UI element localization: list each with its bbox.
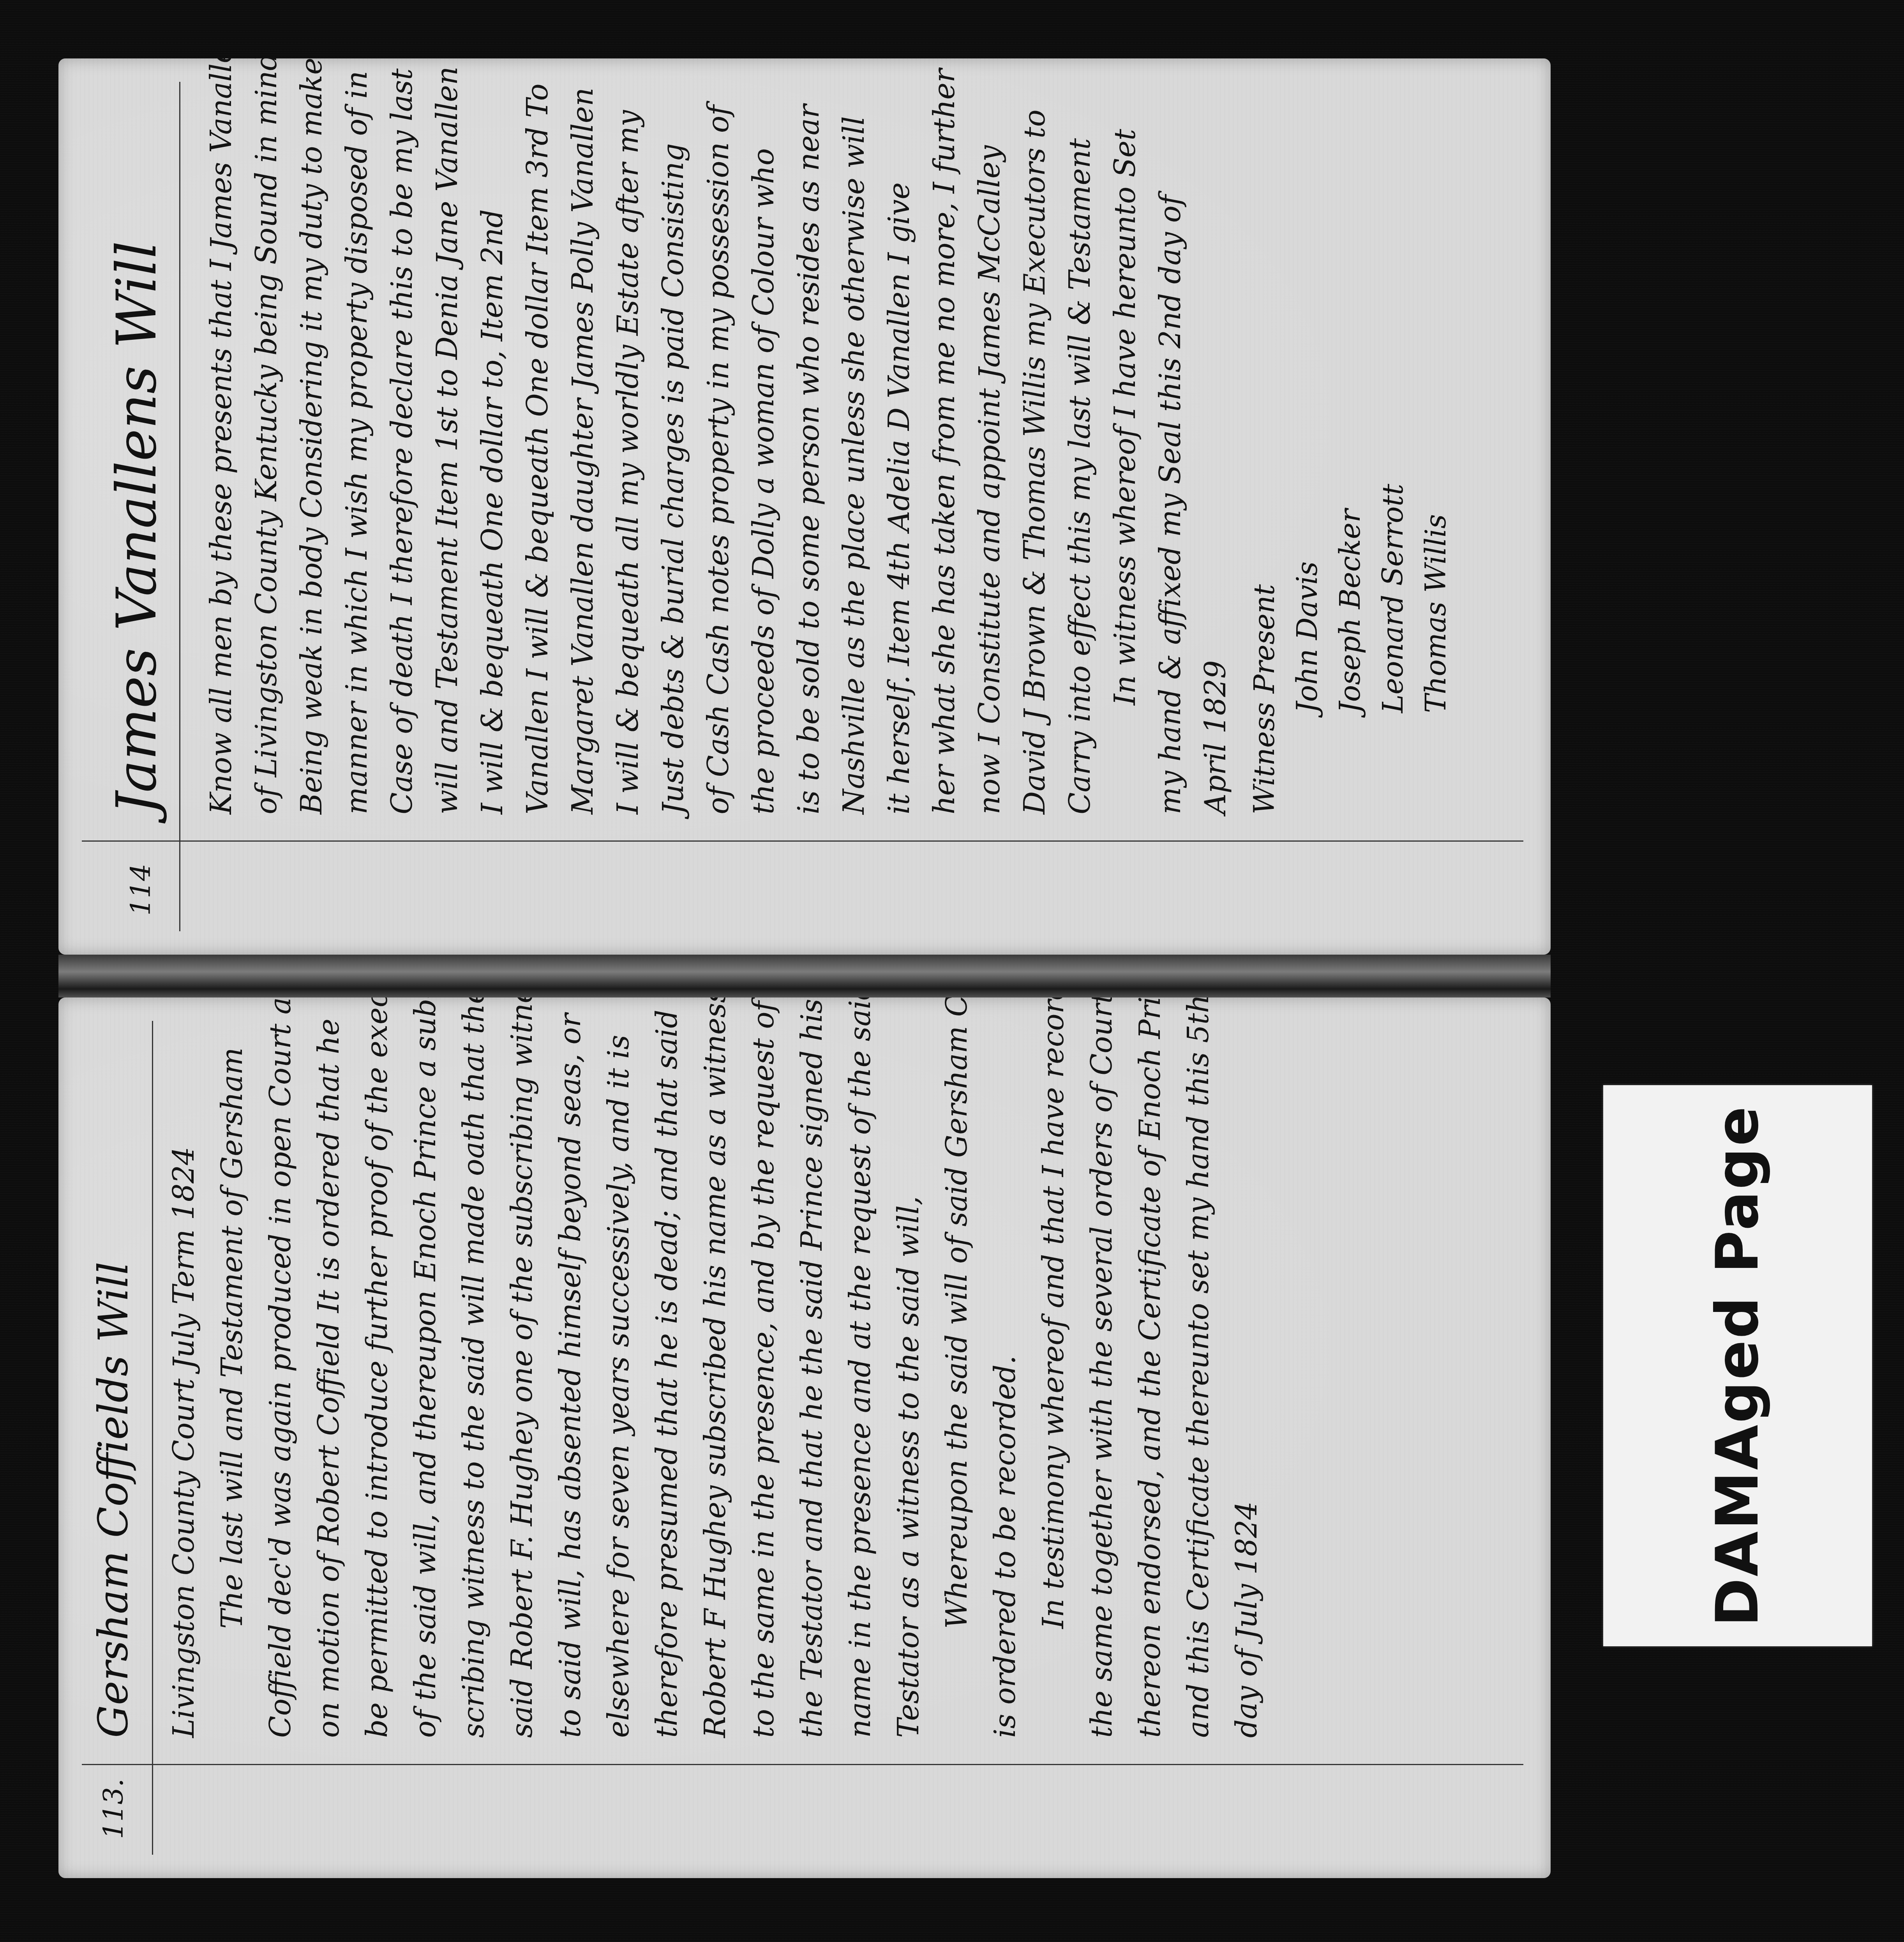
text-line: Livingston County Court July Term 1824 xyxy=(160,1044,208,1738)
text-line: thereon endorsed, and the Certificate of… xyxy=(1126,1044,1174,1738)
page-content: 113. Gersham Coffields Will Livingston C… xyxy=(82,1021,1523,1855)
text-line: of the said will, and thereupon Enoch Pr… xyxy=(401,1044,450,1738)
text-line: it herself. Item 4th Adelia D Vanallen I… xyxy=(877,105,922,814)
text-line: and this Certificate thereunto set my ha… xyxy=(1174,1044,1223,1738)
will-text: Know all men by these presents that I Ja… xyxy=(199,105,1238,814)
text-line: my hand & affixed my Seal this 2nd day o… xyxy=(1148,105,1193,814)
text-line: is ordered to be recorded. xyxy=(981,1044,1029,1738)
damaged-page-label: DAMAged Page xyxy=(1704,1105,1772,1627)
text-line: Testator as a witness to the said will, xyxy=(884,1044,933,1738)
header-rule xyxy=(179,82,180,931)
text-line: Know all men by these presents that I Ja… xyxy=(199,105,244,814)
margin-rule xyxy=(82,1764,1523,1765)
page-title: Gersham Coffields Will xyxy=(90,1262,137,1738)
text-line: In testimony whereof and that I have rec… xyxy=(1029,1044,1078,1738)
header-rule xyxy=(152,1021,153,1855)
text-line: will and Testament Item 1st to Denia Jan… xyxy=(425,105,470,814)
book-gutter xyxy=(58,955,1551,997)
witness-name: Joseph Becker xyxy=(1329,484,1371,814)
text-line: manner in which I wish my property dispo… xyxy=(334,105,379,814)
text-line: the Testator and that he the said Prince… xyxy=(788,1044,836,1738)
text-line: I will & bequeath all my worldly Estate … xyxy=(605,105,651,814)
text-line: Carry into effect this my last will & Te… xyxy=(1057,105,1103,814)
witness-name: Leonard Serrott xyxy=(1371,484,1414,814)
text-line: Just debts & burial charges is paid Cons… xyxy=(651,105,696,814)
witness-list: Witness Present John Davis Joseph Becker… xyxy=(1243,484,1457,814)
text-line: The last will and Testament of Gersham xyxy=(208,1044,256,1738)
text-line: Vanallen I will & bequeath One dollar It… xyxy=(515,105,560,814)
text-line: therefore presumed that he is dead; and … xyxy=(643,1044,691,1738)
text-line: name in the presence and at the request … xyxy=(836,1044,884,1738)
text-line: said Robert F. Hughey one of the subscri… xyxy=(498,1044,546,1738)
text-line: Nashville as the place unless she otherw… xyxy=(831,105,877,814)
text-line: David J Brown & Thomas Willis my Executo… xyxy=(1012,105,1057,814)
text-line: the same together with the several order… xyxy=(1078,1044,1126,1738)
text-line: scribing witness to the said will made o… xyxy=(450,1044,498,1738)
text-line: on motion of Robert Coffield It is order… xyxy=(305,1044,353,1738)
page-gersham-coffield-will: 113. Gersham Coffields Will Livingston C… xyxy=(58,997,1551,1878)
text-line: Margaret Vanallen daughter James Polly V… xyxy=(560,105,605,814)
witness-name: John Davis xyxy=(1286,484,1329,814)
text-line: to the same in the presence, and by the … xyxy=(739,1044,788,1738)
text-line: Being weak in body Considering it my dut… xyxy=(289,105,334,814)
page-title: James Vanallens Will xyxy=(105,241,169,814)
text-line: now I Constitute and appoint James McCal… xyxy=(967,105,1012,814)
text-line: Whereupon the said will of said Gersham … xyxy=(933,1044,981,1738)
text-line: I will & bequeath One dollar to, Item 2n… xyxy=(470,105,515,814)
text-line: to said will, has absented himself beyon… xyxy=(546,1044,595,1738)
text-line: the proceeds of Dolly a woman of Colour … xyxy=(741,105,786,814)
text-line: In witness whereof I have hereunto Set xyxy=(1103,105,1148,814)
text-line: is to be sold to some person who resides… xyxy=(786,105,831,814)
margin-rule xyxy=(82,840,1523,842)
witness-heading: Witness Present xyxy=(1243,484,1286,814)
page-james-vanallen-will: 114 James Vanallens Will Know all men by… xyxy=(58,58,1551,955)
probate-text: Livingston County Court July Term 1824 T… xyxy=(160,1044,1271,1738)
text-line: of Livingston County Kentucky being Soun… xyxy=(244,105,289,814)
text-line: Case of death I therefore declare this t… xyxy=(379,105,425,814)
page-number: 114 xyxy=(125,863,157,916)
text-line: be permitted to introduce further proof … xyxy=(353,1044,401,1738)
text-line: elsewhere for seven years successively, … xyxy=(595,1044,643,1738)
text-line: Robert F Hughey subscribed his name as a… xyxy=(691,1044,739,1738)
text-line: her what she has taken from me no more, … xyxy=(922,105,967,814)
text-line: day of July 1824 xyxy=(1223,1044,1271,1738)
damaged-page-label-card: DAMAged Page xyxy=(1603,1085,1872,1646)
witness-name: Thomas Willis xyxy=(1414,484,1457,814)
text-line: Coffield dec'd was again produced in ope… xyxy=(256,1044,305,1738)
book-spread: 114 James Vanallens Will Know all men by… xyxy=(58,58,1551,1878)
text-line: April 1829 xyxy=(1193,105,1238,814)
page-number: 113. xyxy=(97,1778,129,1839)
text-line: of Cash Cash notes property in my posses… xyxy=(696,105,741,814)
page-content: 114 James Vanallens Will Know all men by… xyxy=(82,82,1523,931)
